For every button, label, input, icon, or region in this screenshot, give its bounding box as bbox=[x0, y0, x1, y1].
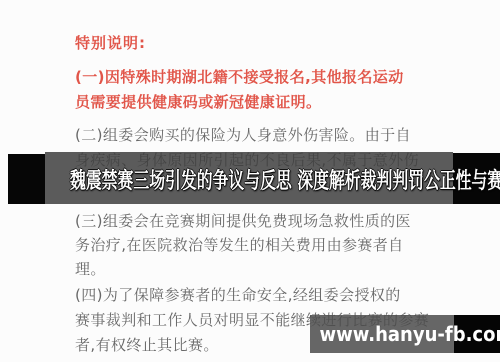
notice-image: 特别说明: (一)因特殊时期湖北籍不接受报名,其他报名运动 员需要提供健康码或新… bbox=[0, 0, 500, 362]
headline-band-left-black-box bbox=[8, 154, 45, 204]
note-line: (三)组委会在竞赛期间提供免费现场急救性质的医 bbox=[75, 209, 445, 233]
watermark-url-text: www.hanyu-fb.com bbox=[320, 316, 491, 352]
note-line: (二)组委会购买的保险为人身意外伤害险。由于自 bbox=[75, 123, 445, 148]
note-item-1: (一)因特殊时期湖北籍不接受报名,其他报名运动 员需要提供健康码或新冠健康证明。 bbox=[75, 65, 445, 115]
note-line: 员需要提供健康码或新冠健康证明。 bbox=[75, 90, 445, 115]
headline-text: 魏震禁赛三场引发的争议与反思 深度解析裁判判罚公正性与赛场管理问题 bbox=[70, 168, 430, 196]
watermark: www.hanyu-fb.com bbox=[310, 315, 500, 353]
special-note-heading: 特别说明: bbox=[75, 31, 146, 56]
note-line: (四)为了保障参赛者的生命安全,经组委会授权的 bbox=[75, 283, 445, 308]
headline-band: 魏震禁赛三场引发的争议与反思 深度解析裁判判罚公正性与赛场管理问题 bbox=[0, 152, 500, 205]
note-line: (一)因特殊时期湖北籍不接受报名,其他报名运动 bbox=[75, 65, 445, 90]
note-line: 务治疗,在医院救治等发生的相关费用由参赛者自 bbox=[75, 233, 445, 257]
note-item-3: (三)组委会在竞赛期间提供免费现场急救性质的医 务治疗,在医院救治等发生的相关费… bbox=[75, 209, 445, 281]
note-line: 理。 bbox=[75, 257, 445, 281]
